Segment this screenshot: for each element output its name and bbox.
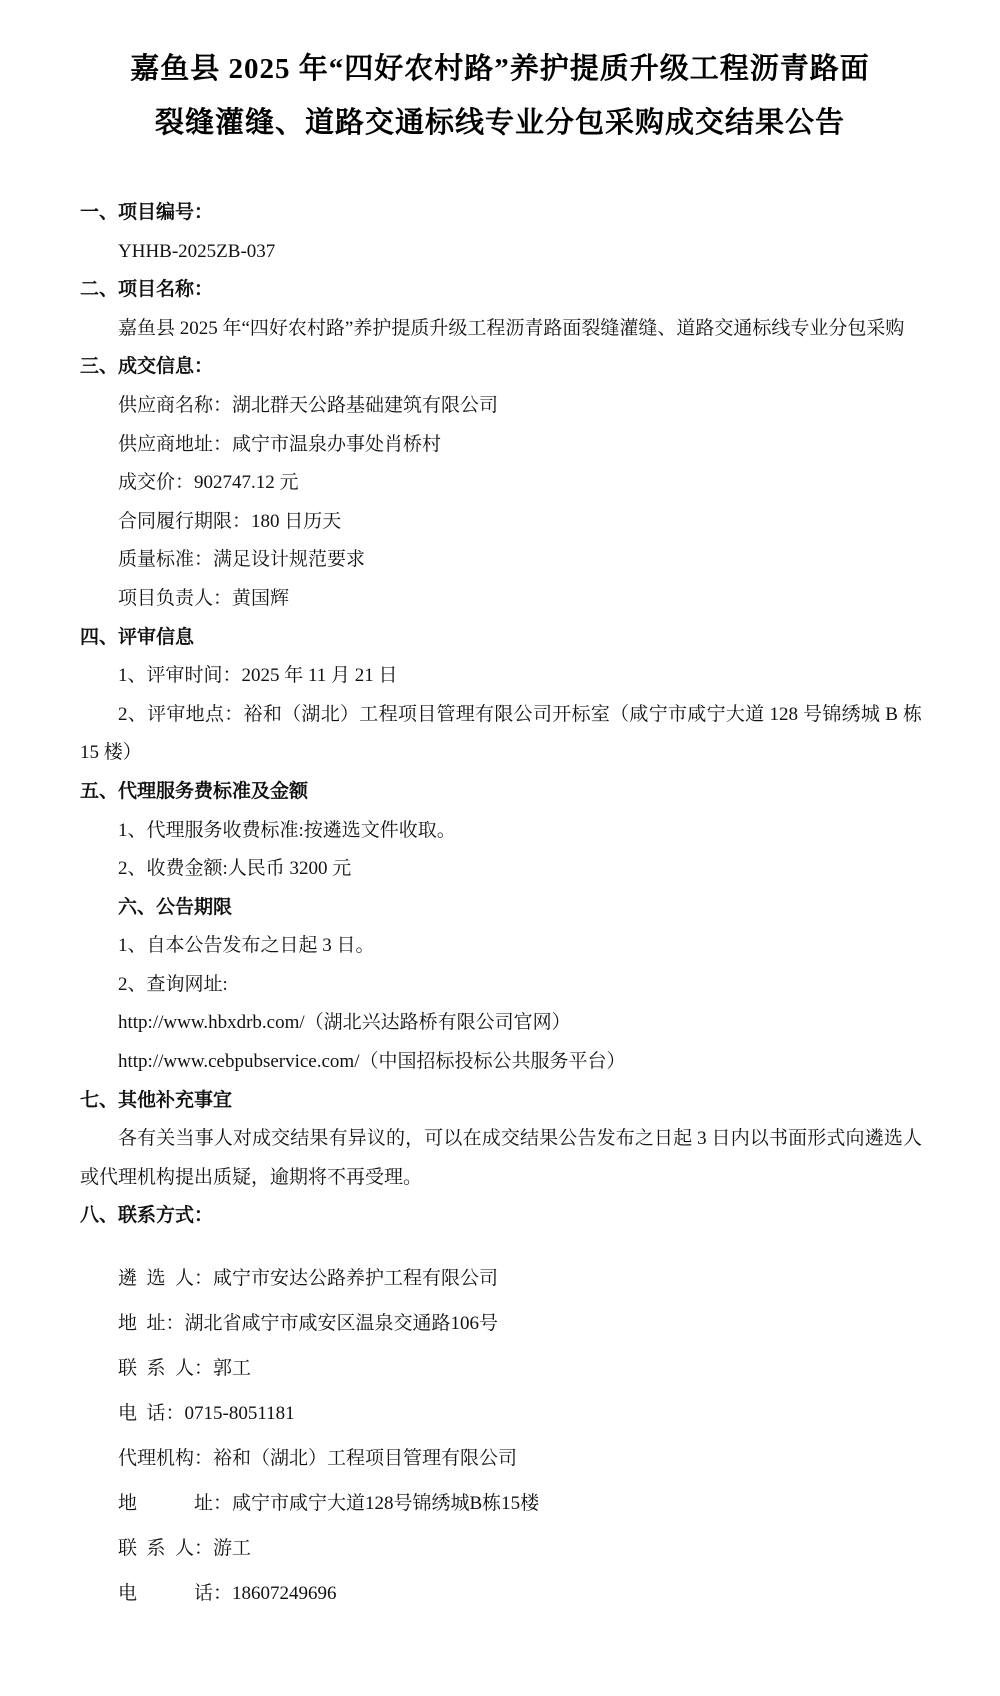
query-url-1: http://www.hbxdrb.com/（湖北兴达路桥有限公司官网） bbox=[80, 1004, 922, 1043]
contact-agency-address: 地 址：咸宁市咸宁大道128号锦绣城B栋15楼 bbox=[80, 1481, 922, 1526]
document-title: 嘉鱼县 2025 年“四好农村路”养护提质升级工程沥青路面 裂缝灌缝、道路交通标… bbox=[0, 0, 1000, 150]
review-time: 1、评审时间：2025 年 11 月 21 日 bbox=[80, 657, 922, 696]
section-1-heading: 一、项目编号： bbox=[80, 194, 922, 233]
contract-period: 合同履行期限：180 日历天 bbox=[80, 503, 922, 542]
title-line-1: 嘉鱼县 2025 年“四好农村路”养护提质升级工程沥青路面 bbox=[0, 42, 1000, 96]
review-place: 2、评审地点：裕和（湖北）工程项目管理有限公司开标室（咸宁市咸宁大道 128 号… bbox=[80, 696, 922, 773]
query-url-2: http://www.cebpubservice.com/（中国招标投标公共服务… bbox=[80, 1043, 922, 1082]
contact-selector: 遴 选 人：咸宁市安达公路养护工程有限公司 bbox=[80, 1256, 922, 1301]
contact-selector-phone: 电 话：0715-8051181 bbox=[80, 1391, 922, 1436]
section-3-heading: 三、成交信息： bbox=[80, 348, 922, 387]
document-body: 一、项目编号： YHHB-2025ZB-037 二、项目名称： 嘉鱼县 2025… bbox=[0, 194, 1000, 1616]
announcement-duration: 1、自本公告发布之日起 3 日。 bbox=[80, 927, 922, 966]
project-manager: 项目负责人：黄国辉 bbox=[80, 580, 922, 619]
section-7-heading: 七、其他补充事宜 bbox=[80, 1082, 922, 1121]
supplier-name: 供应商名称：湖北群天公路基础建筑有限公司 bbox=[80, 387, 922, 426]
section-2-heading: 二、项目名称： bbox=[80, 271, 922, 310]
award-price: 成交价：902747.12 元 bbox=[80, 464, 922, 503]
contact-block: 遴 选 人：咸宁市安达公路养护工程有限公司 地 址：湖北省咸宁市咸安区温泉交通路… bbox=[80, 1256, 922, 1616]
supplier-address: 供应商地址：咸宁市温泉办事处肖桥村 bbox=[80, 426, 922, 465]
objection-note: 各有关当事人对成交结果有异议的，可以在成交结果公告发布之日起 3 日内以书面形式… bbox=[80, 1120, 922, 1197]
fee-amount: 2、收费金额:人民币 3200 元 bbox=[80, 850, 922, 889]
contact-agency-phone: 电 话：18607249696 bbox=[80, 1571, 922, 1616]
contact-selector-address: 地 址：湖北省咸宁市咸安区温泉交通路106号 bbox=[80, 1301, 922, 1346]
contact-agency-person: 联 系 人：游工 bbox=[80, 1526, 922, 1571]
quality-standard: 质量标准：满足设计规范要求 bbox=[80, 541, 922, 580]
section-5-heading: 五、代理服务费标准及金额 bbox=[80, 773, 922, 812]
project-number-value: YHHB-2025ZB-037 bbox=[80, 233, 922, 272]
title-line-2: 裂缝灌缝、道路交通标线专业分包采购成交结果公告 bbox=[0, 96, 1000, 150]
fee-standard: 1、代理服务收费标准:按遴选文件收取。 bbox=[80, 812, 922, 851]
contact-selector-person: 联 系 人：郭工 bbox=[80, 1346, 922, 1391]
section-8-heading: 八、联系方式： bbox=[80, 1197, 922, 1236]
section-6-heading: 六、公告期限 bbox=[80, 889, 922, 928]
contact-agency: 代理机构：裕和（湖北）工程项目管理有限公司 bbox=[80, 1436, 922, 1481]
section-4-heading: 四、评审信息 bbox=[80, 619, 922, 658]
announcement-page: 嘉鱼县 2025 年“四好农村路”养护提质升级工程沥青路面 裂缝灌缝、道路交通标… bbox=[0, 0, 1000, 1696]
project-name-value: 嘉鱼县 2025 年“四好农村路”养护提质升级工程沥青路面裂缝灌缝、道路交通标线… bbox=[80, 310, 922, 349]
query-url-label: 2、查询网址: bbox=[80, 966, 922, 1005]
